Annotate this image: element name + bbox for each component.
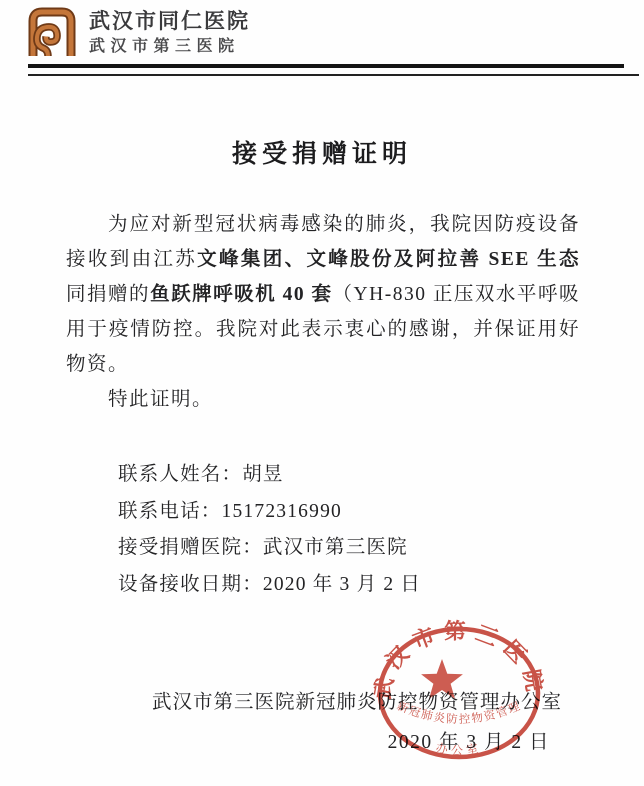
contact-line-hospital: 接受捐赠医院：武汉市第三医院: [118, 530, 421, 567]
body-text-segment: 鱼跃牌呼吸机 40 套: [150, 284, 332, 305]
body-text-segment: 为应对新型冠状病毒感染的肺炎，我院因防疫设备紧缺，: [66, 214, 580, 242]
contact-line-date: 设备接收日期：2020 年 3 月 2 日: [118, 567, 421, 604]
body-text-segment: 用于疫情防控。我院对此表示衷心的感谢，并保证用好该批: [66, 319, 580, 347]
body-text-segment: 特此证明。: [108, 389, 213, 410]
header-rule-thick: [28, 64, 624, 68]
body-line: 为应对新型冠状病毒感染的肺炎，我院因防疫设备紧缺，: [66, 207, 580, 242]
body-line: 特此证明。: [66, 382, 580, 417]
contact-value: 2020 年 3 月 2 日: [263, 574, 421, 595]
body-text-segment: 同捐赠的: [66, 284, 150, 305]
hospital-logo-icon: [26, 6, 78, 60]
document-title: 接受捐赠证明: [0, 134, 644, 170]
letterhead: 武汉市同仁医院 武汉市第三医院: [26, 6, 250, 60]
body-line: 同捐赠的鱼跃牌呼吸机 40 套（YH-830 正压双水平呼吸机），: [66, 277, 580, 312]
contact-block: 联系人姓名：胡昱 联系电话：15172316990 接受捐赠医院：武汉市第三医院…: [118, 457, 421, 603]
body-line: 用于疫情防控。我院对此表示衷心的感谢，并保证用好该批: [66, 312, 580, 347]
contact-label: 设备接收日期：: [118, 574, 263, 595]
signature-date: 2020 年 3 月 2 日: [388, 726, 550, 754]
body-paragraph: 为应对新型冠状病毒感染的肺炎，我院因防疫设备紧缺，接收到由江苏文峰集团、文峰股份…: [66, 207, 580, 417]
body-text-segment: 接收到由江苏: [66, 249, 197, 270]
signature-org: 武汉市第三医院新冠肺炎防控物资管理办公室: [152, 686, 562, 714]
contact-value: 15172316990: [222, 501, 342, 522]
org-names: 武汉市同仁医院 武汉市第三医院: [89, 6, 250, 59]
body-line: 物资。: [66, 347, 580, 382]
contact-label: 联系人姓名：: [118, 464, 242, 485]
document-page: 武汉市同仁医院 武汉市第三医院 接受捐赠证明 为应对新型冠状病毒感染的肺炎，我院…: [0, 0, 644, 786]
contact-label: 联系电话：: [118, 501, 222, 522]
header-rule-thin: [28, 74, 639, 76]
contact-value: 武汉市第三医院: [263, 537, 408, 558]
contact-label: 接受捐赠医院：: [118, 537, 263, 558]
org-name-primary: 武汉市同仁医院: [89, 9, 250, 35]
body-text-segment: 物资。: [66, 354, 129, 375]
contact-line-phone: 联系电话：15172316990: [118, 494, 421, 531]
contact-value: 胡昱: [242, 464, 283, 485]
contact-line-name: 联系人姓名：胡昱: [118, 457, 421, 494]
hospital-logo: [26, 6, 78, 60]
org-name-secondary: 武汉市第三医院: [89, 35, 250, 59]
body-line: 接收到由江苏文峰集团、文峰股份及阿拉善 SEE 生态协会共: [66, 242, 580, 277]
